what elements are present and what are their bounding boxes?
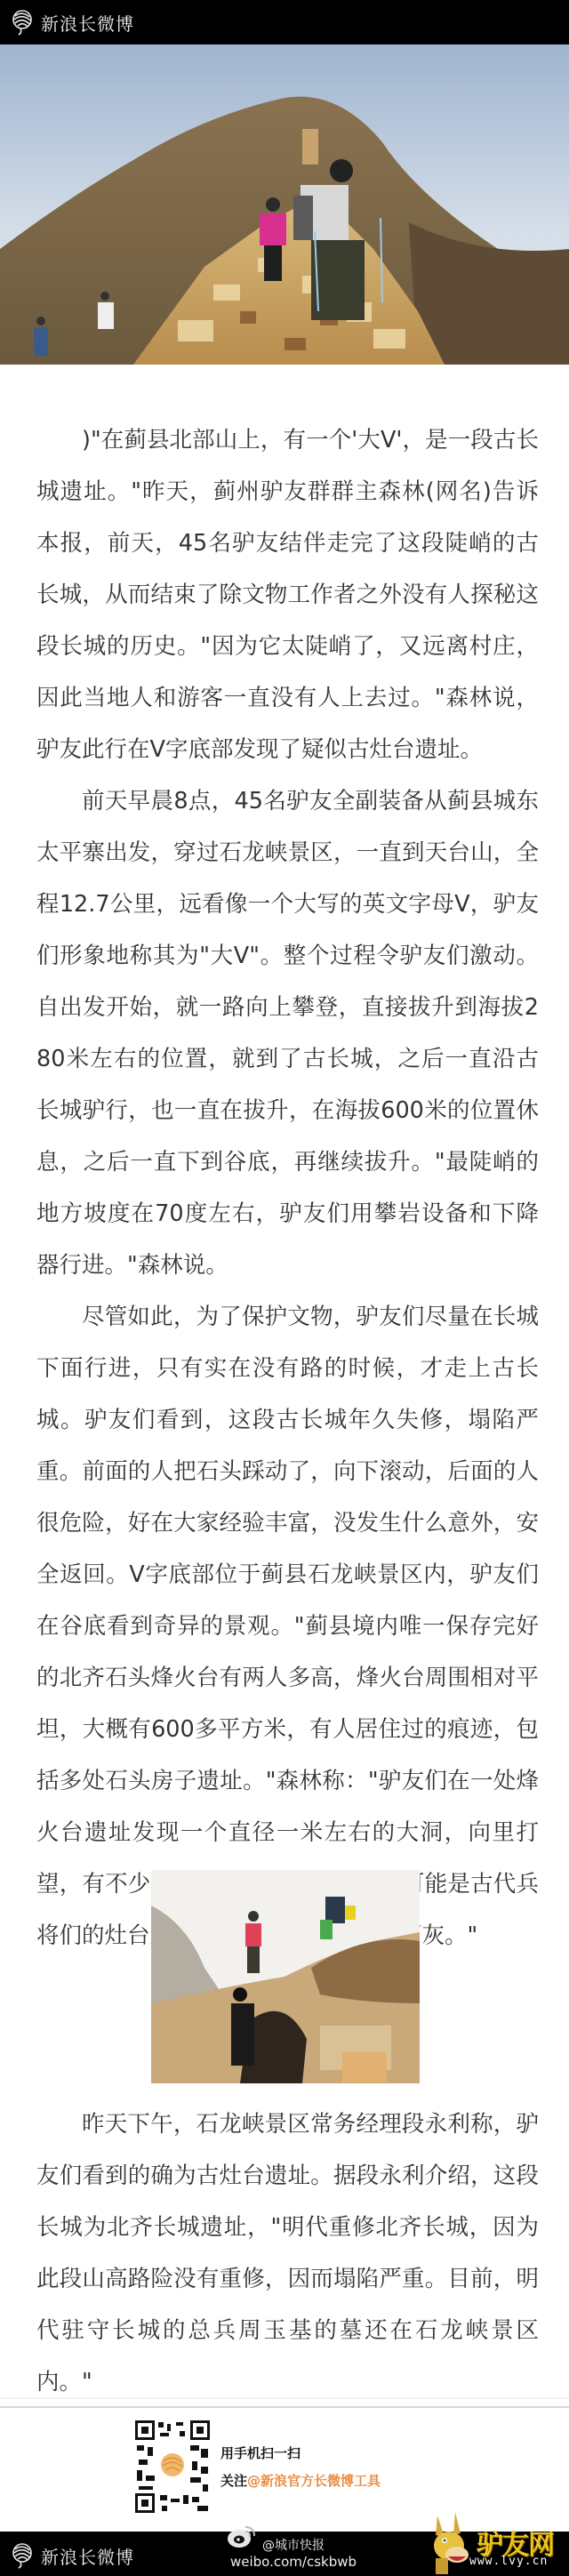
article-body-continued: 昨天下午，石龙峡景区常务经理段永利称，驴友们看到的确为古灶台遗址。据段永利介绍，… <box>36 2099 539 2408</box>
qr-promo-text: 用手机扫一扫 关注@新浪官方长微博工具 <box>220 2444 381 2490</box>
qr-follow-account-link[interactable]: @新浪官方长微博工具 <box>247 2473 381 2489</box>
hero-photo-great-wall-hikers <box>0 44 569 365</box>
weibo-logo-icon <box>226 2524 258 2548</box>
photo-beacon-tower-hole <box>151 1870 420 2083</box>
footer-brand: 新浪长微博 <box>11 2542 134 2569</box>
qr-promo: 用手机扫一扫 关注@新浪官方长微博工具 <box>135 2420 381 2513</box>
qr-scan-label: 用手机扫一扫 <box>220 2444 381 2462</box>
lvy-site-url: www.lvy.cn <box>469 2555 548 2568</box>
article-paragraph: 尽管如此，为了保护文物，驴友们尽量在长城下面行进，只有实在没有路的时候，才走上古… <box>36 1291 539 1962</box>
article-paragraph: )"在蓟县北部山上，有一个'大V'，是一段古长城遗址。"昨天，蓟州驴友群群主森林… <box>36 414 539 775</box>
article-body: )"在蓟县北部山上，有一个'大V'，是一段古长城遗址。"昨天，蓟州驴友群群主森林… <box>36 414 539 1962</box>
weibo-url-link[interactable]: weibo.com/cskbwb <box>213 2554 373 2570</box>
divider <box>0 2406 569 2408</box>
qr-follow-prefix: 关注 <box>220 2473 247 2489</box>
qr-code-icon[interactable] <box>135 2420 210 2513</box>
footer-brand-name: 新浪长微博 <box>41 2543 134 2569</box>
sina-longweibo-logo-icon <box>11 9 34 36</box>
divider-faint <box>0 2397 569 2399</box>
qr-follow-line: 关注@新浪官方长微博工具 <box>220 2471 381 2490</box>
article-paragraph: 昨天下午，石龙峡景区常务经理段永利称，驴友们看到的确为古灶台遗址。据段永利介绍，… <box>36 2099 539 2408</box>
brand: 新浪长微博 <box>11 9 134 36</box>
article-paragraph: 前天早晨8点，45名驴友全副装备从蓟县城东太平寨出发，穿过石龙峡景区，一直到天台… <box>36 775 539 1291</box>
sina-longweibo-logo-icon <box>11 2542 34 2569</box>
top-header-bar: 新浪长微博 <box>0 0 569 44</box>
lvy-watermark: 驴友网 www.lvy.cn <box>425 2510 569 2576</box>
brand-name: 新浪长微博 <box>41 10 134 36</box>
